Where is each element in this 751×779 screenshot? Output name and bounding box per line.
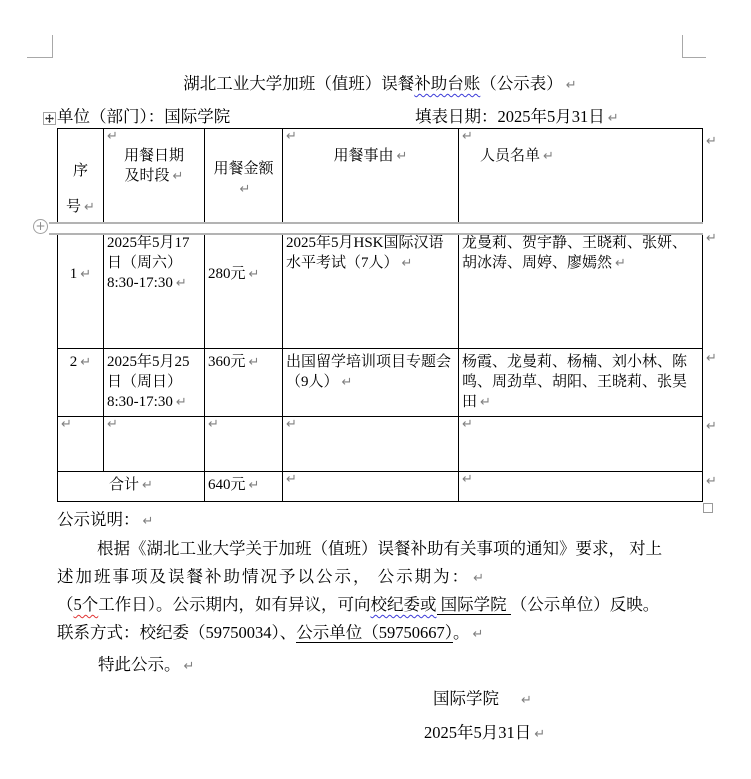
row1-reason: 2025年5月HSK国际汉语水平考试（7人） — [286, 235, 444, 271]
paragraph-mark: ↵ — [608, 111, 619, 126]
header-names: 人员名单↵ — [462, 146, 699, 167]
signature-date: 2025年5月31日 — [424, 723, 531, 742]
cell-row2-date[interactable]: 2025年5月25日（周日）8:30-17:30↵ — [104, 349, 205, 417]
row2-reason: 出国留学培训项目专题会（9人） — [286, 354, 451, 390]
cell-end-mark: ↵ — [240, 182, 251, 197]
cell-end-mark: ↵ — [176, 276, 187, 291]
signature-org: 国际学院 — [433, 689, 499, 708]
table-resize-handle[interactable] — [703, 503, 713, 513]
cell-total-reason-empty[interactable]: ↵ — [283, 472, 459, 502]
cell-header-names[interactable]: ↵ 人员名单↵ — [459, 129, 703, 228]
header-seq-line2: 号↵ — [61, 197, 100, 218]
cell-header-reason[interactable]: ↵ 用餐事由↵ — [283, 129, 459, 228]
cell-end-mark: ↵ — [61, 417, 72, 432]
unit-line[interactable]: 单位（部门）：国际学院 — [57, 107, 230, 127]
title-text-1: 湖北工业大学加班（值班）误餐 — [183, 74, 414, 93]
grammar-blue-wavy: 校纪委或 — [371, 595, 437, 614]
paragraph-mark: ↵ — [473, 627, 484, 642]
doc-title[interactable]: 湖北工业大学加班（值班）误餐补助台账（公示表）↵ — [57, 73, 703, 97]
cell-header-amount[interactable]: 用餐金额↵ — [205, 129, 283, 228]
cell-end-mark: ↵ — [173, 169, 184, 184]
cell-row2-amount[interactable]: 360元↵ — [205, 349, 283, 417]
cell-empty-seq[interactable]: ↵ — [58, 417, 104, 472]
cell-end-mark: ↵ — [615, 256, 626, 271]
title-text-2: （公示表） — [480, 74, 563, 93]
cell-end-mark: ↵ — [286, 417, 297, 432]
fill-date-line[interactable]: 填表日期：2025年5月31日↵ — [415, 107, 619, 129]
header-date-line1: 用餐日期 — [107, 146, 201, 166]
row1-names: 龙曼莉、贺宇静、王晓莉、张妍、胡冰涛、周婷、廖嫣然 — [462, 235, 687, 271]
cell-empty-names[interactable]: ↵ — [459, 417, 703, 472]
fill-date-text: 填表日期：2025年5月31日 — [415, 107, 605, 126]
header-seq-line1: 序 — [61, 161, 100, 181]
notice-line-3[interactable]: （5个工作日）。公示期内，如有异议，可向校纪委或 国际学院 （公示单位）反映。 — [57, 594, 659, 615]
cell-end-mark: ↵ — [462, 417, 473, 432]
cell-header-date[interactable]: ↵ 用餐日期 及时段↵ — [104, 129, 205, 228]
row1-amount: 280元 — [208, 266, 246, 282]
cell-end-mark: ↵ — [397, 149, 408, 164]
total-label: 合计 — [109, 477, 139, 493]
cell-end-mark: ↵ — [80, 355, 91, 370]
signature-date-line[interactable]: 2025年5月31日↵ — [424, 722, 545, 745]
cell-row2-names[interactable]: 杨霞、龙曼莉、杨楠、刘小林、陈鸣、周劲草、胡阳、王晓莉、张昊田↵ — [459, 349, 703, 417]
notice-line-1[interactable]: 根据《湖北工业大学关于加班（值班）误餐补助有关事项的通知》要求， 对上 — [97, 538, 662, 559]
paragraph-mark: ↵ — [143, 514, 154, 529]
unit-text: 单位（部门）：国际学院 — [57, 107, 230, 126]
row-end-mark: ↵ — [706, 134, 717, 149]
header-reason: 用餐事由↵ — [286, 146, 455, 167]
row-end-mark: ↵ — [706, 351, 717, 366]
row1-no: 1 — [70, 266, 78, 282]
notice-heading-line[interactable]: 公示说明：↵ — [57, 509, 153, 532]
crop-mark-top-right-horizontal — [682, 57, 706, 58]
insert-row-button[interactable]: + — [33, 219, 48, 234]
cell-end-mark: ↵ — [208, 417, 219, 432]
notice-line-2[interactable]: 述加班事项及误餐补助情况予以公示， 公示期为：↵ — [57, 566, 484, 589]
cell-empty-date[interactable]: ↵ — [104, 417, 205, 472]
row2-amount: 360元 — [208, 354, 246, 370]
cell-row2-seq[interactable]: 2↵ — [58, 349, 104, 417]
title-wavy-segment: 补助台账 — [414, 74, 480, 93]
cell-empty-amount[interactable]: ↵ — [205, 417, 283, 472]
cell-row1-date[interactable]: 2025年5月17日（周六）8:30-17:30↵ — [104, 228, 205, 349]
cell-end-mark: ↵ — [84, 200, 95, 215]
subsidy-table: 序 号↵ ↵ 用餐日期 及时段↵ 用餐金额↵ ↵ 用餐事由↵ ↵ 人员名单↵ 1 — [57, 128, 703, 502]
cell-end-mark: ↵ — [286, 129, 297, 144]
paragraph-mark: ↵ — [184, 659, 195, 674]
cell-end-mark: ↵ — [249, 267, 260, 282]
cell-row1-reason[interactable]: 2025年5月HSK国际汉语水平考试（7人）↵ — [283, 228, 459, 349]
row-end-mark: ↵ — [706, 419, 717, 434]
cell-end-mark: ↵ — [142, 478, 153, 493]
underlined-unit-name: 国际学院 — [437, 595, 511, 615]
cell-end-mark: ↵ — [480, 395, 491, 410]
paragraph-mark: ↵ — [534, 727, 545, 742]
row2-no: 2 — [70, 354, 78, 370]
paragraph-mark: ↵ — [566, 78, 577, 93]
paragraph-mark: ↵ — [473, 571, 484, 586]
crop-mark-top-left-vertical — [52, 35, 53, 58]
cell-end-mark: ↵ — [107, 129, 118, 144]
notice-heading: 公示说明： — [57, 510, 140, 529]
cell-end-mark: ↵ — [402, 256, 413, 271]
cell-total-names-empty[interactable]: ↵ — [459, 472, 703, 502]
cell-header-seq[interactable]: 序 号↵ — [58, 129, 104, 228]
notice-line-4[interactable]: 联系方式：校纪委（59750034）、公示单位（59750667）。↵ — [57, 622, 483, 645]
cell-end-mark: ↵ — [80, 267, 91, 282]
cell-end-mark: ↵ — [342, 375, 353, 390]
spellcheck-red-wavy: 5个 — [74, 595, 99, 614]
cell-end-mark: ↵ — [176, 395, 187, 410]
cell-empty-reason[interactable]: ↵ — [283, 417, 459, 472]
crop-mark-top-left-horizontal — [27, 57, 53, 58]
plus-icon: + — [35, 219, 45, 233]
cell-end-mark: ↵ — [286, 472, 297, 487]
paragraph-mark: ↵ — [521, 693, 532, 708]
signature-org-line[interactable]: 国际学院↵ — [433, 688, 532, 711]
row2-names: 杨霞、龙曼莉、杨楠、刘小林、陈鸣、周劲草、胡阳、王晓莉、张昊田 — [462, 354, 687, 410]
cell-row1-names[interactable]: 龙曼莉、贺宇静、王晓莉、张妍、胡冰涛、周婷、廖嫣然↵ — [459, 228, 703, 349]
notice-line-5[interactable]: 特此公示。↵ — [98, 654, 194, 677]
cell-row1-seq[interactable]: 1↵ — [58, 228, 104, 349]
cell-end-mark: ↵ — [107, 417, 118, 432]
cell-total-label[interactable]: 合计↵ — [58, 472, 205, 502]
row-end-mark: ↵ — [706, 231, 717, 246]
cell-end-mark: ↵ — [249, 478, 260, 493]
header-date-line2: 及时段↵ — [107, 166, 201, 187]
document-page: 湖北工业大学加班（值班）误餐补助台账（公示表）↵ 单位（部门）：国际学院 填表日… — [0, 0, 751, 779]
cell-row1-amount[interactable]: 280元↵ — [205, 228, 283, 349]
header-amount: 用餐金额↵ — [208, 159, 279, 200]
cell-end-mark: ↵ — [462, 129, 473, 144]
cell-end-mark: ↵ — [462, 472, 473, 487]
underlined-phone: 公示单位（59750667） — [296, 623, 453, 643]
insert-row-line — [49, 222, 703, 235]
table-move-handle[interactable] — [43, 112, 56, 125]
row-end-mark: ↵ — [706, 474, 717, 489]
total-amount: 640元 — [208, 477, 246, 493]
move-icon — [45, 114, 54, 123]
cell-row2-reason[interactable]: 出国留学培训项目专题会（9人）↵ — [283, 349, 459, 417]
cell-total-amount[interactable]: 640元↵ — [205, 472, 283, 502]
cell-end-mark: ↵ — [249, 355, 260, 370]
cell-end-mark: ↵ — [543, 149, 554, 164]
crop-mark-top-right-vertical — [682, 35, 683, 58]
